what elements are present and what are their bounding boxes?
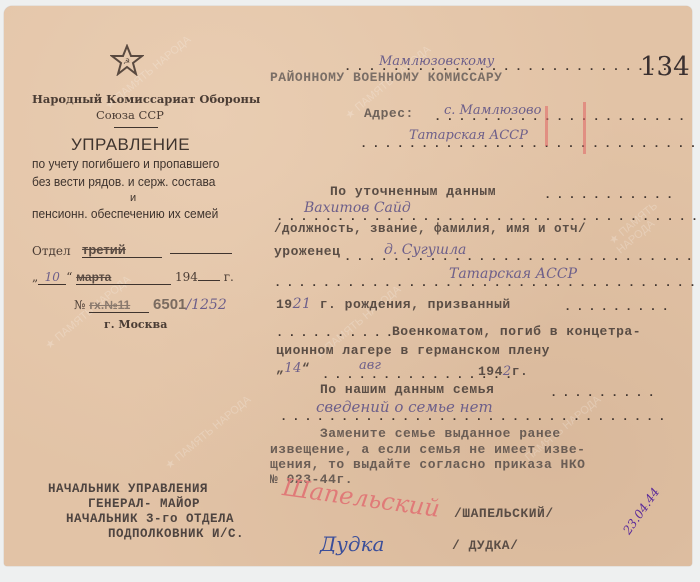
department-value: третий (82, 242, 162, 258)
native-label: уроженец (274, 244, 340, 259)
chief-title-2: ГЕНЕРАЛ- МАЙОР (88, 497, 200, 511)
birth-year: 21 (293, 296, 312, 312)
chief-signature: Шапельский (281, 473, 442, 523)
watermark: ★ ПАМЯТЬ НАРОДА (162, 393, 253, 472)
red-mark (545, 106, 548, 146)
svg-text:☭: ☭ (123, 57, 130, 66)
department-field: третий (82, 242, 232, 258)
directorate-line4: пенсионн. обеспечению их семей (32, 206, 218, 221)
soldier-name: Вахитов Сайд (304, 200, 411, 216)
death-month: авг (359, 358, 381, 373)
city: г. Москва (104, 318, 167, 331)
address-label: Адрес: (364, 106, 414, 121)
directorate-title: УПРАВЛЕНИЕ (71, 135, 190, 155)
dept-chief-name: / ДУДКА/ (452, 538, 518, 553)
birth-line: 1921 г. рождения, призванный (276, 296, 511, 312)
dept-chief-title-2: ПОДПОЛКОВНИК И/С. (108, 527, 244, 541)
instruction-line1: Замените семье выданное ранее (320, 426, 561, 441)
date-year: 194 (175, 270, 198, 284)
dept-chief-signature: Дудка (320, 532, 384, 556)
department-label: Отдел (32, 244, 71, 258)
death-day: 14 (284, 361, 302, 376)
commissariat-text: Военкоматом, погиб в концетра- (392, 324, 641, 339)
red-star-icon: ☭ (110, 44, 144, 80)
side-note-date: 23.04.44 (620, 485, 662, 537)
chief-name: /ШАПЕЛЬСКИЙ/ (454, 506, 554, 521)
date-month: марта (76, 270, 171, 285)
death-date: „14“ (276, 361, 310, 376)
divider (114, 127, 158, 128)
address-line2: Татарская АССР (409, 128, 528, 143)
number-struck: гх.№11 (89, 298, 149, 313)
date-field: „10“ марта 194 г. (32, 270, 234, 285)
dept-chief-title-1: НАЧАЛЬНИК 3-го ОТДЕЛА (66, 512, 234, 526)
fields-hint: /должность, звание, фамилия, имя и отч/ (274, 222, 586, 236)
date-day: 10 (38, 270, 66, 285)
death-year: 1942г. (478, 364, 528, 379)
number-handwritten: /1252 (186, 297, 226, 313)
document-number: № гх.№11 6501/1252 (74, 296, 227, 313)
instruction-line3: щения, то выдайте согласно приказа НКО (270, 457, 585, 472)
camp-text: ционном лагере в германском плену (276, 343, 550, 358)
red-mark (583, 102, 586, 154)
addressee-handwritten: Мамлюзовскому (379, 54, 494, 69)
chief-title-1: НАЧАЛЬНИК УПРАВЛЕНИЯ (48, 482, 208, 496)
native-place: д. Сугушла (384, 242, 466, 258)
document-paper: ★ ПАМЯТЬ НАРОДА ★ ПАМЯТЬ НАРОДА ★ ПАМЯТЬ… (4, 6, 692, 566)
instruction-line2: извещение, а если семья не имеет изве- (270, 442, 585, 457)
commissariat-title: Народный Комиссариат Обороны (32, 92, 260, 106)
family-info: сведений о семье нет (316, 398, 493, 416)
address-line1: с. Мамлюзово (444, 103, 541, 118)
directorate-line2: без вести рядов. и серж. состава (32, 174, 215, 189)
union-title: Союза ССР (96, 108, 164, 122)
directorate-line1: по учету погибшего и пропавшего (32, 156, 219, 171)
directorate-line3: и (130, 192, 136, 204)
number-value: 6501 (153, 296, 186, 313)
intro-text: По уточненным данным (330, 184, 496, 199)
native-region: Татарская АССР (449, 266, 577, 282)
death-year-digit: 2 (503, 364, 512, 379)
family-label: По нашим данным семья (320, 382, 494, 397)
addressee-label: РАЙОННОМУ ВОЕННОМУ КОМИССАРУ (270, 70, 502, 85)
